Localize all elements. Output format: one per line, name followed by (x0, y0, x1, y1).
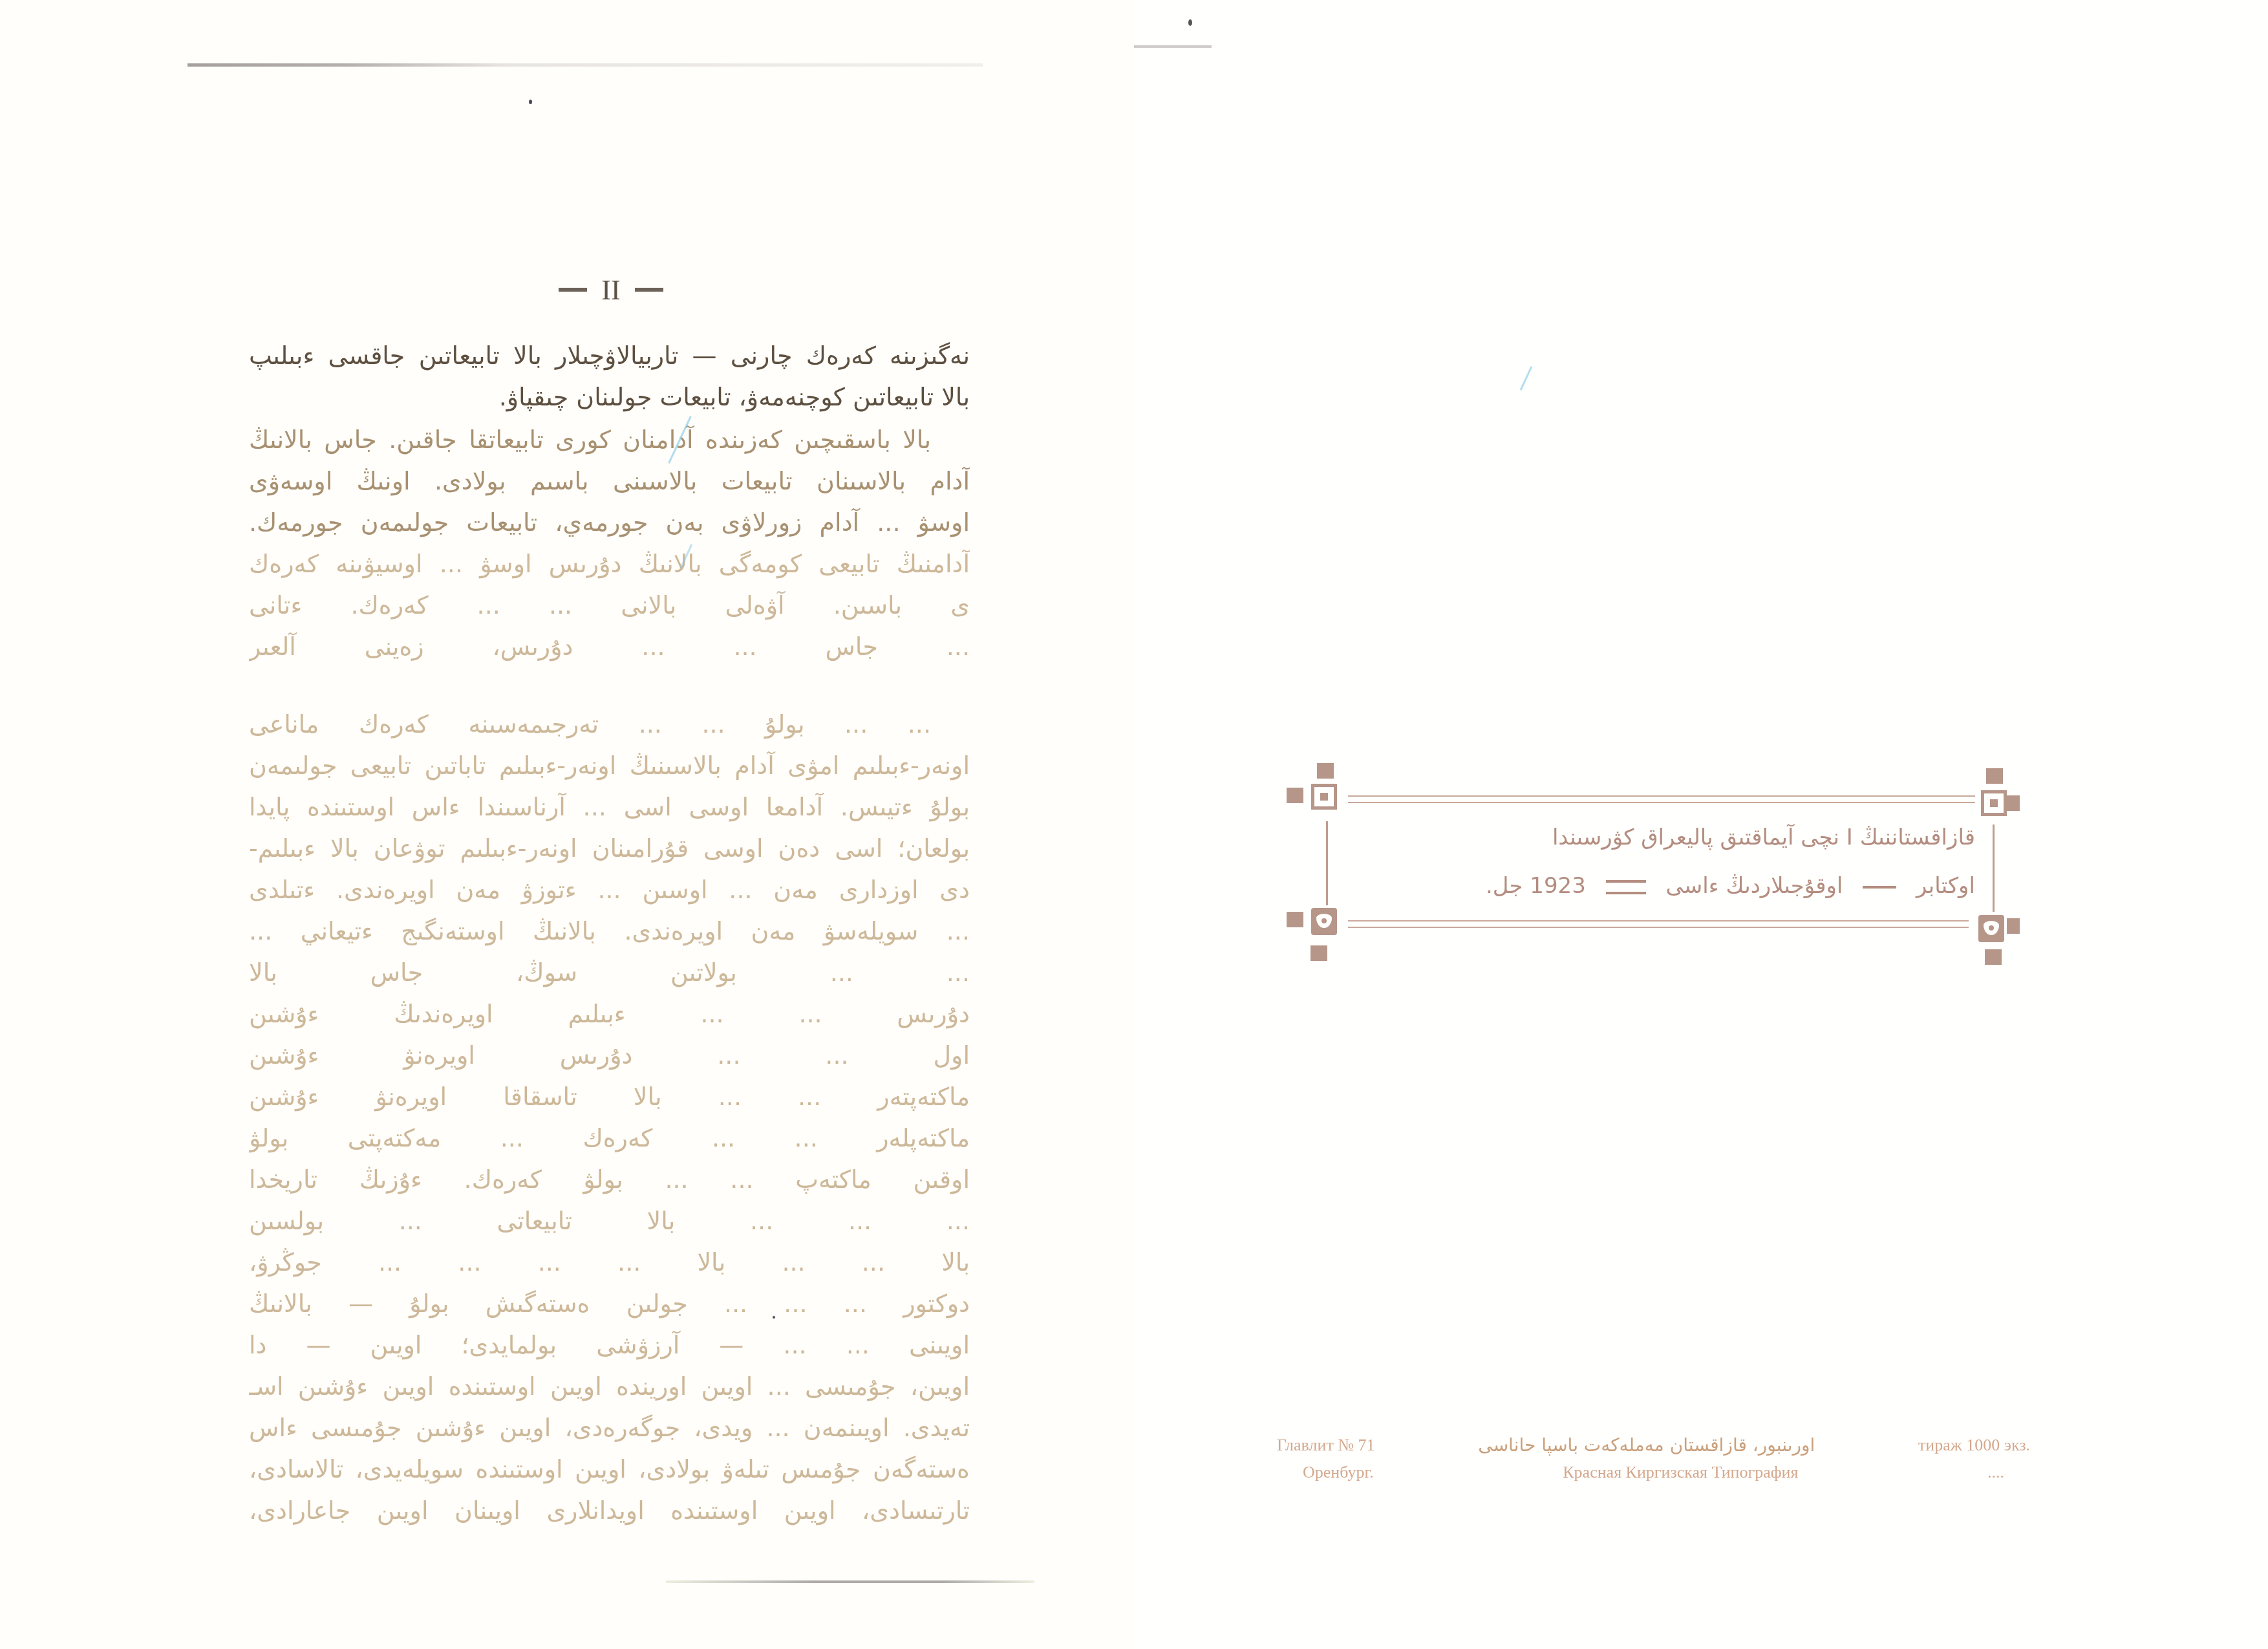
text-line: ... ... بولاتىن سوڭ، جاس بالا (249, 952, 970, 993)
text-line: تەيدى. اويىنمەن ... ويدى، جوگەرەدى، اويى… (249, 1407, 970, 1449)
text-line: دۇرىس ... ... ءبىلىم اويرەندىڭ ءۇشىن (249, 993, 970, 1035)
text-line: دى اوزدارى مەن ... اوسىن ... ءتوزۋ مەن ا… (249, 869, 970, 911)
scan-speck (529, 100, 532, 104)
text-line: نەگىزىنە كەرەك چارنى — تاربيالاۋچىلار با… (249, 335, 970, 376)
footer-rule (666, 1580, 1034, 1583)
ornament-square-icon (1287, 912, 1303, 927)
text-line: آدامنىڭ تابيعى كومەگى بالانىڭ دۇرىس اوسۋ… (249, 543, 970, 585)
imprint-print-run: тираж 1000 экз. (1918, 1436, 2030, 1455)
text-line: بولعان؛ اسى دەن اوسى قۇرامىنان اونەر-ءبى… (249, 828, 970, 869)
text-line: ... جاس ... ... دۇرىس، زەينى آلعىر (249, 626, 970, 667)
ornament-framed-square-icon (1981, 790, 2007, 816)
stamp-line-2: اوكتابر اوقۇجىلاردىڭ ءاسى 1923 جل. (1486, 873, 1975, 899)
ornament-square-icon (1986, 768, 2003, 784)
stamp-year: 1923 جل. (1486, 873, 1586, 899)
imprint-publisher: اورىنبور، قازاقستان مەملەكەت باسپا حاناس… (1478, 1434, 1815, 1456)
imprint-printer: Красная Киргизская Типография (1563, 1463, 1798, 1482)
left-page: II نەگىزىنە كەرەك چارنى — تاربيالاۋچىلار… (0, 0, 1134, 1649)
text-line: ... سويلەسۋ مەن اويرەندى. بالانىڭ اوستەن… (249, 911, 970, 952)
header-rule-fragment (1134, 45, 1212, 48)
text-line: ى باسىن. آۋەلى بالانى ... ... كەرەك. ءتا… (249, 585, 970, 626)
ornament-square-icon (1287, 788, 1303, 803)
text-line: آدام بالاسىنان تابيعات بالاسىنى باسىم بو… (249, 460, 970, 502)
stamp-top-rule (1348, 802, 1975, 803)
imprint-city: Оренбург. (1277, 1463, 1374, 1482)
text-line: اول ... ... دۇرىس اويرەنۋ ءۇشىن (249, 1035, 970, 1076)
page-number-dash-left (559, 288, 587, 292)
imprint-line-1: Главлит № 71 اورىنبور، قازاقستان مەملەكە… (1277, 1434, 2030, 1456)
text-line: ەستەگەن جۇمىس تىلەۋ بولادى، اويىن اوستىن… (249, 1449, 970, 1490)
header-rule (187, 63, 983, 67)
paragraph-3: ... ... بولۇ ... ... تەرجىمەسىنە كەرەك م… (249, 704, 970, 1531)
text-line: ماكتەپلەر ... ... كەرەك ... مەكتەپتى بول… (249, 1117, 970, 1159)
text-line: ... ... ... بالا تابيعاتى ... بولسىن (249, 1200, 970, 1242)
ornament-square-icon (1317, 763, 1334, 779)
text-line: اويىنى ... ... — آرزۋشى بولمايدى؛ اويىن … (249, 1324, 970, 1366)
colophon-stamp: قازاقستاننىڭ I نچى آيماقتىق پاليعراق كۋر… (1287, 757, 2020, 957)
stamp-line-2-word: اوكتابر (1916, 873, 1975, 899)
text-line: ... ... بولۇ ... ... تەرجىمەسىنە كەرەك م… (249, 704, 970, 745)
text-line: دوكتور ... ... ... جولىن ەستەگىش بولۇ — … (249, 1283, 970, 1324)
page-number-dash-right (635, 288, 663, 292)
stamp-line-1: قازاقستاننىڭ I نچى آيماقتىق پاليعراق كۋر… (1552, 824, 1975, 850)
text-line: اويىن، جۇمىسى ... اويىن اوريندە اويىن او… (249, 1366, 970, 1407)
dash-icon (1863, 886, 1896, 889)
imprint-extra: .... (1987, 1463, 2030, 1482)
text-line: ماكتەپتەر ... ... بالا تاسقاقا اويرەنۋ ء… (249, 1076, 970, 1117)
scan-speck (773, 1316, 775, 1319)
stamp-top-rule (1348, 795, 1975, 797)
ornament-square-icon (2007, 795, 2020, 811)
text-line: اونەر-ءبىلىم امۋى آدام بالاسىنىڭ اونەر-ء… (249, 745, 970, 786)
stamp-right-rule (1993, 824, 1995, 912)
scan-blue-mark (1520, 366, 1533, 391)
ornament-square-icon (1311, 945, 1327, 961)
scan-speck (1188, 19, 1192, 26)
double-rule-icon (1606, 880, 1646, 894)
stamp-bottom-rule (1348, 927, 1969, 928)
text-line: بالا باسقىچىن كەزىندە آدامنان كورى تابيع… (249, 419, 970, 460)
imprint-censor-number: Главлит № 71 (1277, 1436, 1375, 1455)
paragraph-2: بالا باسقىچىن كەزىندە آدامنان كورى تابيع… (249, 419, 970, 667)
text-line: اوقىن ماكتەپ ... ... بولۋ كەرەك. ءۇزىڭ ت… (249, 1159, 970, 1200)
ornament-shield-icon (1978, 915, 2004, 942)
ornament-shield-icon (1311, 908, 1337, 935)
ornament-framed-square-icon (1311, 784, 1337, 810)
text-line: تارتىسادى، اويىن اوستىندە اويدانلارى اوي… (249, 1490, 970, 1531)
stamp-line-2-title: اوقۇجىلاردىڭ ءاسى (1665, 873, 1843, 899)
text-line: بالا ... ... بالا ... ... ... ... جوڭرۋ، (249, 1242, 970, 1283)
text-line: اوسۋ ... آدام زورلاۋى بەن جورمەي، تابيعا… (249, 502, 970, 543)
imprint-line-2: Оренбург. Красная Киргизская Типография … (1277, 1463, 2030, 1482)
stamp-bottom-rule (1348, 920, 1969, 921)
page-number: II (543, 270, 679, 309)
text-line: بولۇ ءتيىس. آدامعا اوسى اسى ... آرناسىند… (249, 786, 970, 828)
ornament-square-icon (2007, 918, 2020, 934)
stamp-left-rule (1326, 821, 1328, 905)
text-line: بالا تابيعاتىن كوچنەمەۋ، تابيعات جولىنان… (249, 376, 970, 418)
paragraph-1: نەگىزىنە كەرەك چارنى — تاربيالاۋچىلار با… (249, 335, 970, 418)
page-number-label: II (601, 274, 620, 307)
ornament-square-icon (1985, 949, 2002, 965)
